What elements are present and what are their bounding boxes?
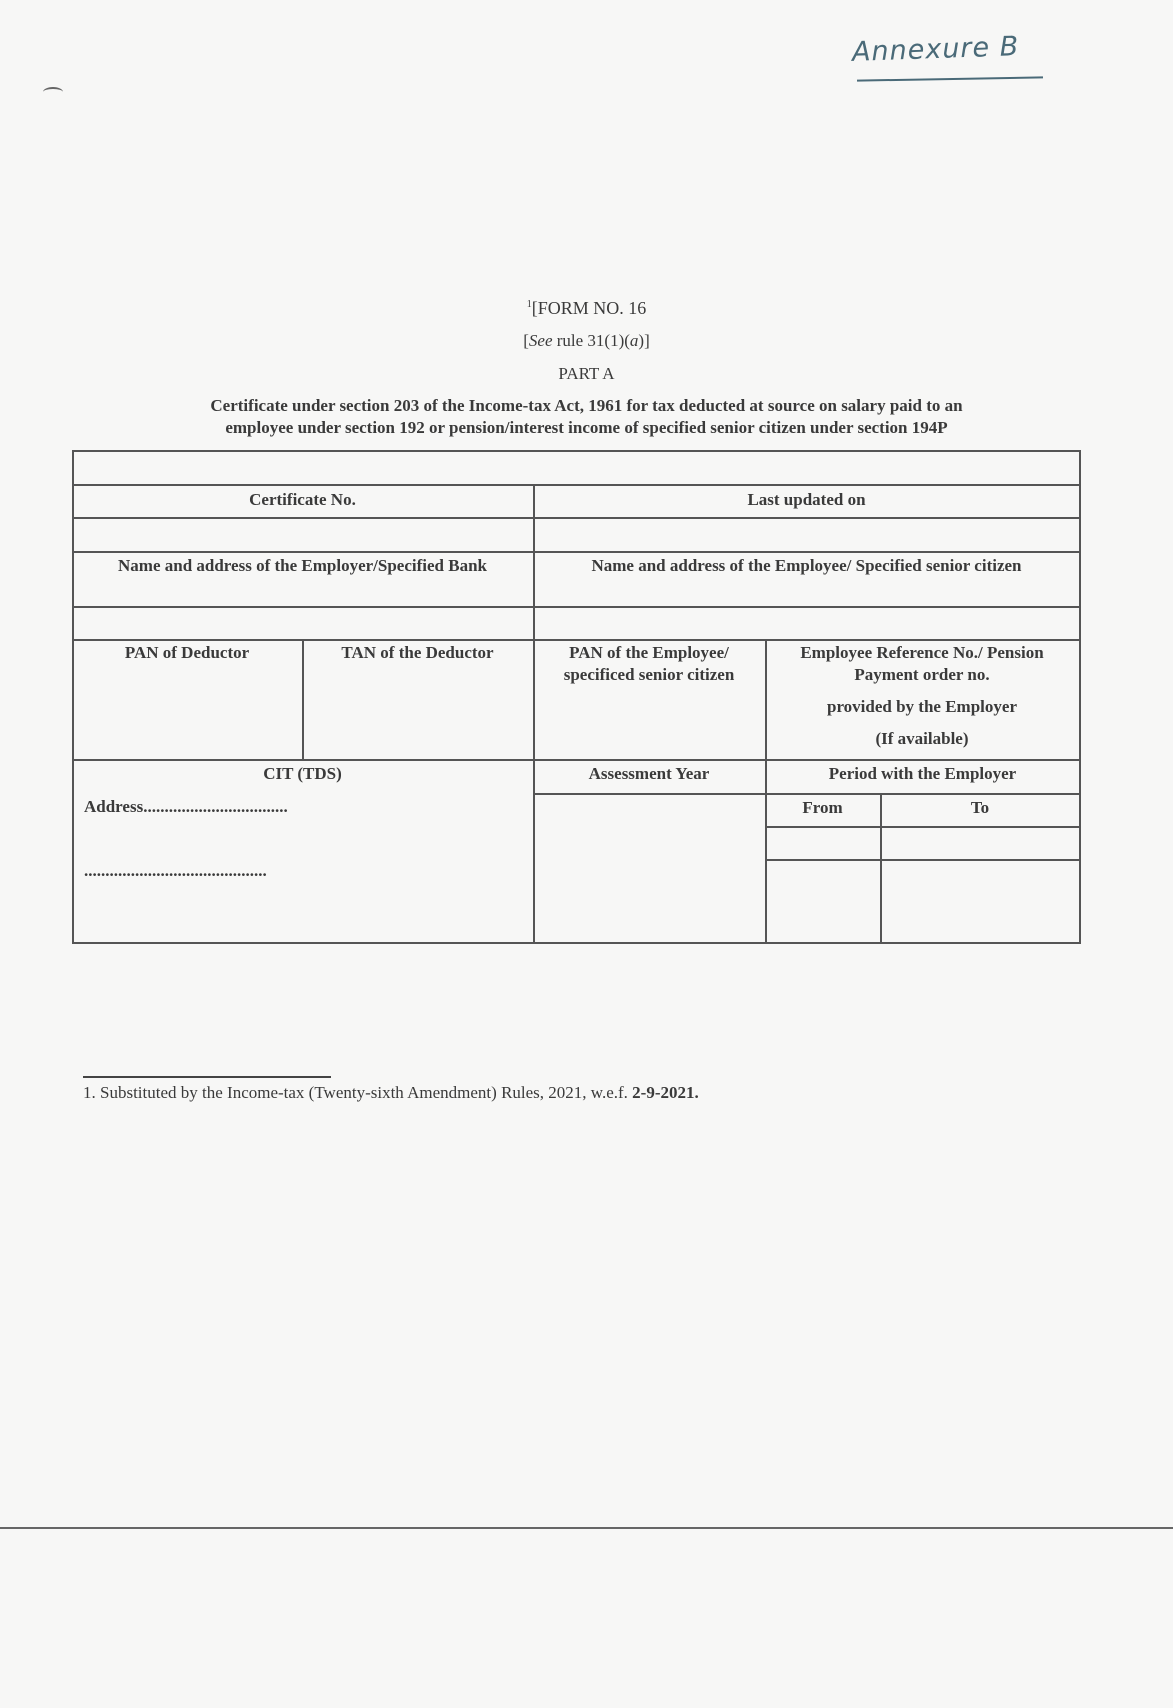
part-heading: PART A bbox=[0, 364, 1173, 384]
scan-artifact-mark bbox=[43, 87, 63, 97]
employer-name-field[interactable] bbox=[72, 610, 533, 638]
pan-deductor-label: PAN of Deductor bbox=[72, 642, 302, 664]
period-label: Period with the Employer bbox=[765, 763, 1080, 785]
pan-employee-label: PAN of the Employee/ specificed senior c… bbox=[553, 642, 745, 686]
last-updated-field[interactable] bbox=[533, 522, 1080, 550]
last-updated-label: Last updated on bbox=[533, 489, 1080, 511]
employee-name-field[interactable] bbox=[533, 610, 1080, 638]
assessment-year-field[interactable] bbox=[533, 796, 765, 936]
from-field[interactable] bbox=[765, 829, 880, 857]
cit-address-label: Address.................................… bbox=[84, 796, 288, 818]
footnote-divider bbox=[83, 1076, 331, 1078]
assessment-year-label: Assessment Year bbox=[533, 763, 765, 785]
from-label: From bbox=[765, 797, 880, 819]
form-title: 1[FORM NO. 16 bbox=[0, 298, 1173, 319]
page-divider bbox=[0, 1527, 1173, 1529]
form16-part-a-table: Certificate No. Last updated on Name and… bbox=[72, 450, 1080, 942]
cit-tds-label: CIT (TDS) bbox=[72, 763, 533, 785]
employee-ref-label: Employee Reference No./ Pension Payment … bbox=[772, 642, 1072, 750]
certificate-no-label: Certificate No. bbox=[72, 489, 533, 511]
handwritten-underline bbox=[857, 76, 1043, 81]
to-field[interactable] bbox=[880, 829, 1080, 857]
employee-name-label: Name and address of the Employee/ Specif… bbox=[553, 555, 1060, 577]
footnote-date: 2-9-2021. bbox=[632, 1083, 699, 1102]
certificate-description: Certificate under section 203 of the Inc… bbox=[100, 395, 1073, 439]
employer-name-label: Name and address of the Employer/Specifi… bbox=[92, 555, 513, 577]
cit-address-dots: ........................................… bbox=[84, 860, 267, 882]
handwritten-annexure-label: Annexure B bbox=[852, 31, 1020, 68]
to-label: To bbox=[880, 797, 1080, 819]
certificate-no-field[interactable] bbox=[72, 522, 533, 550]
rule-reference: [See rule 31(1)(a)] bbox=[0, 331, 1173, 351]
tan-deductor-label: TAN of the Deductor bbox=[302, 642, 533, 664]
footnote: 1. Substituted by the Income-tax (Twenty… bbox=[83, 1083, 699, 1103]
